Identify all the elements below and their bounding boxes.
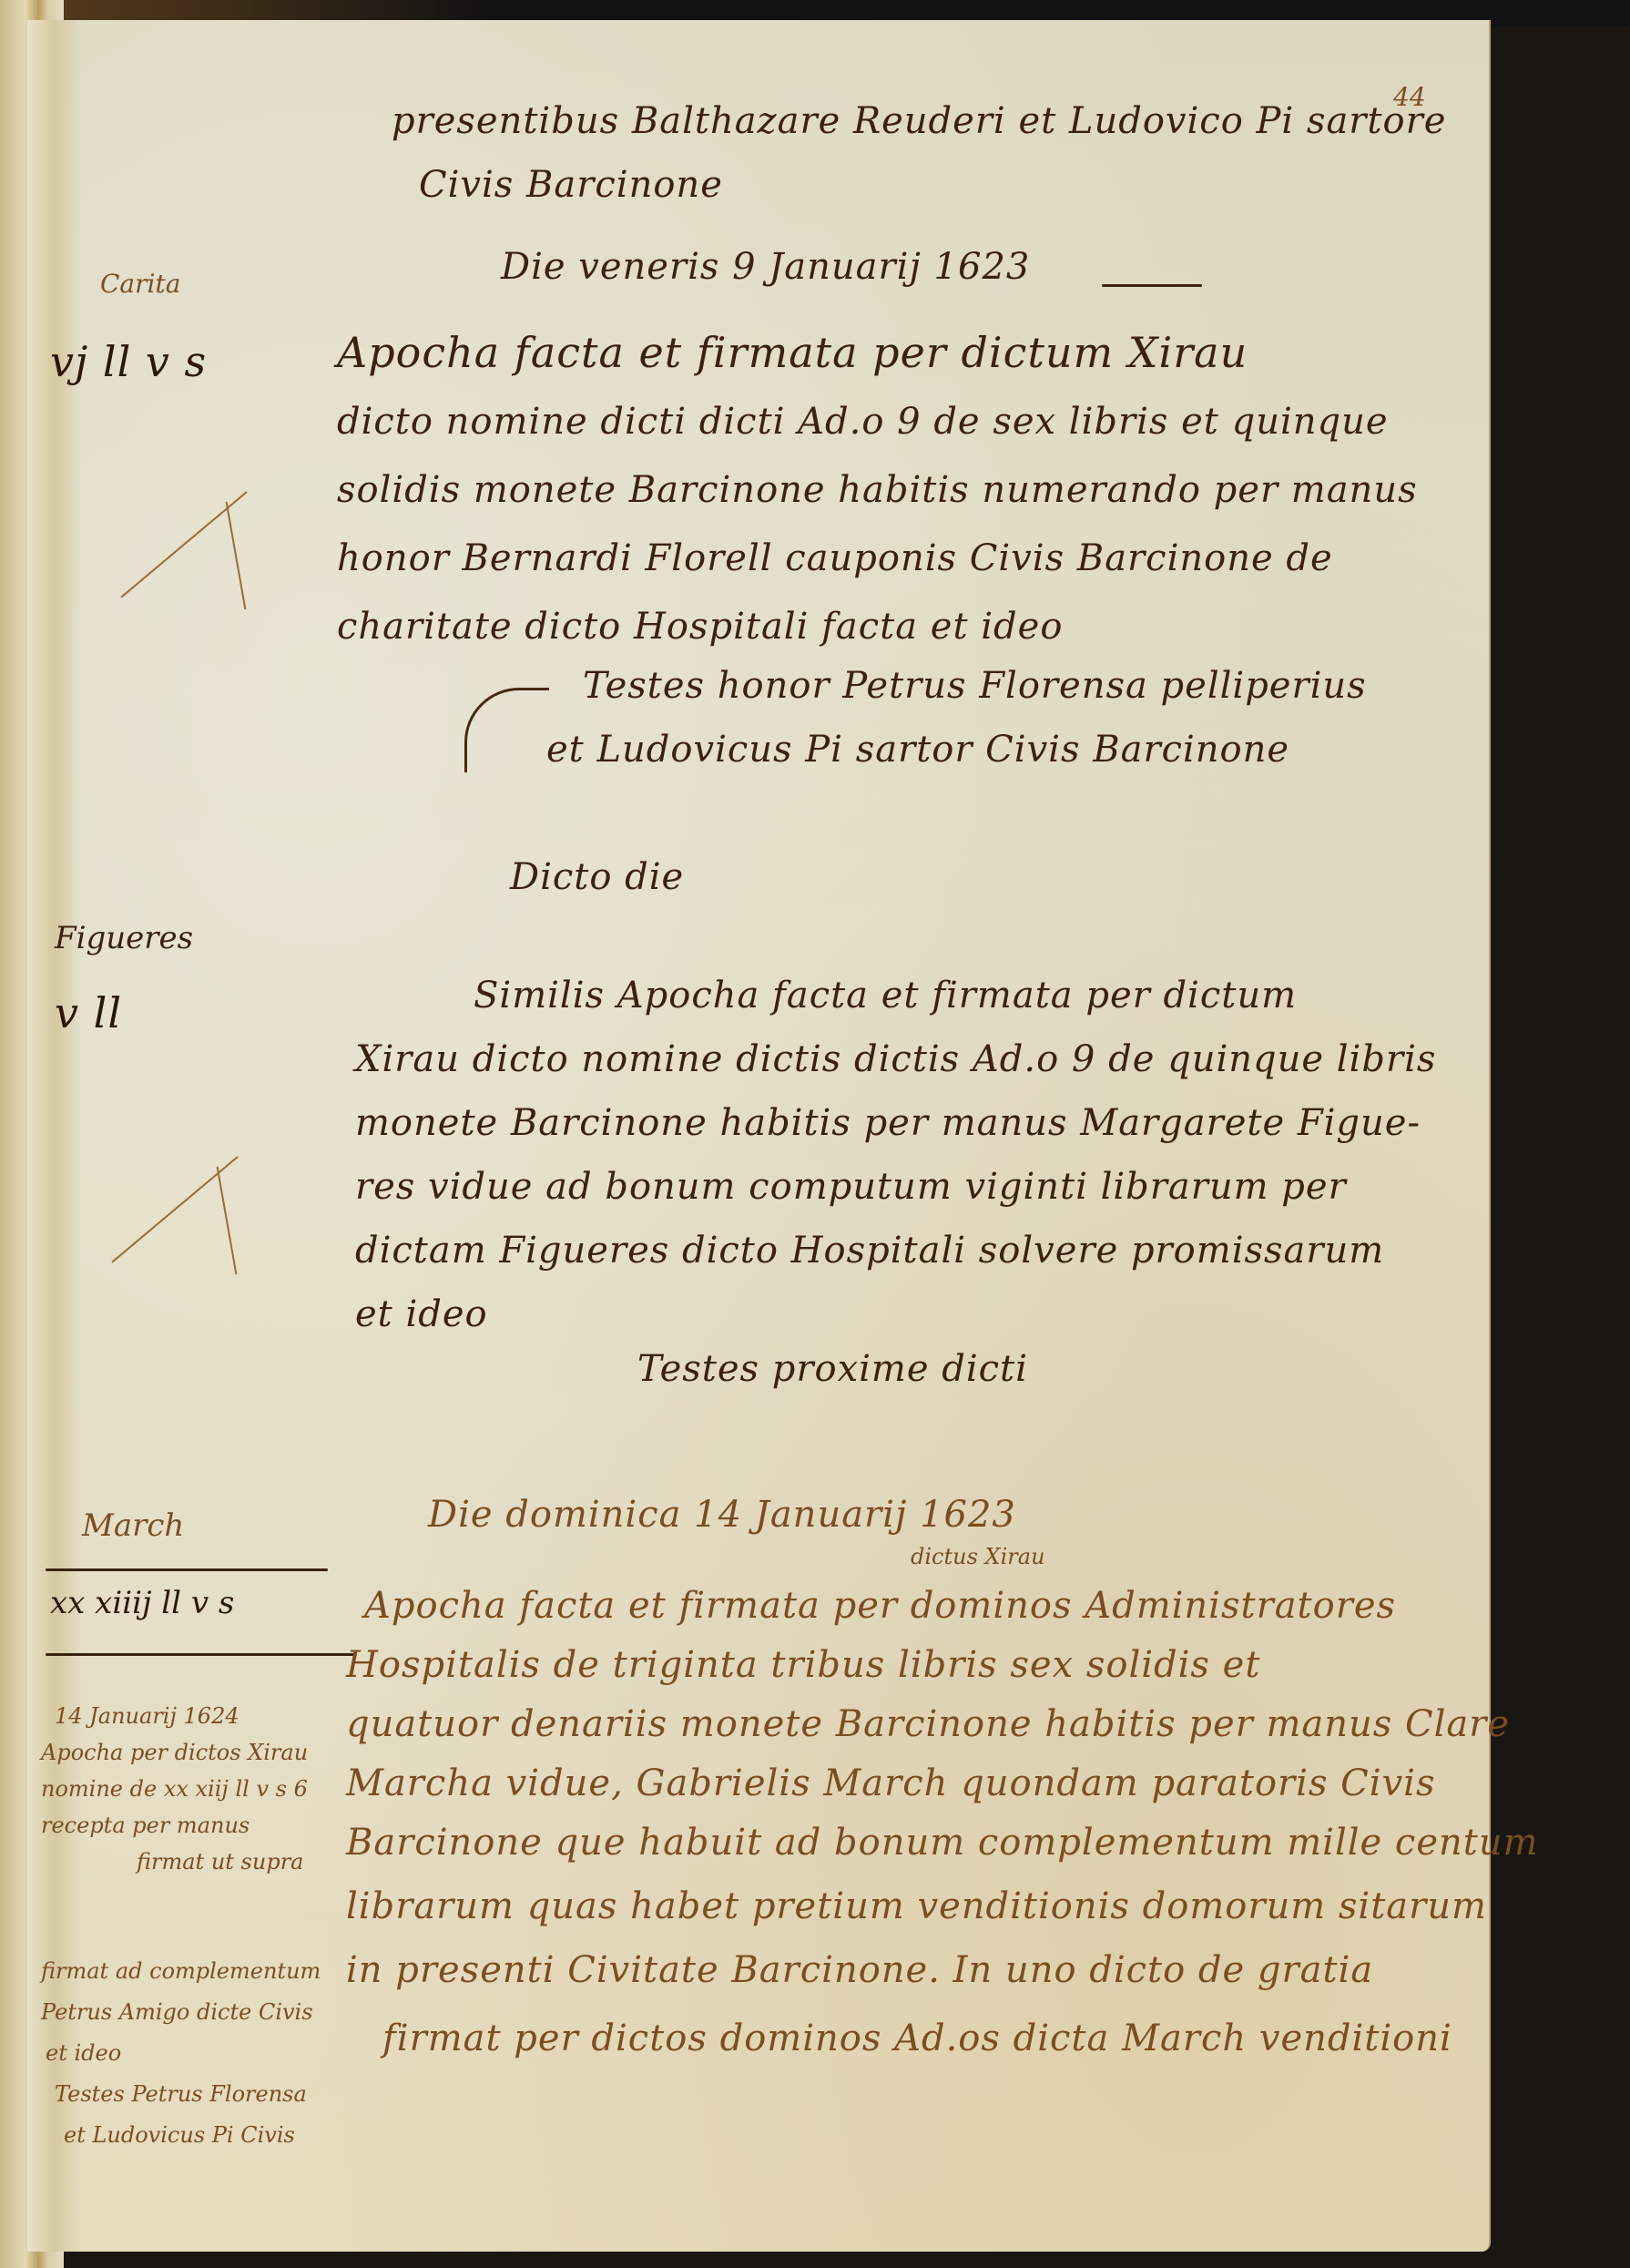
margin-note-line-10: et Ludovicus Pi Civis (64, 2122, 295, 2148)
margin-note-line-4: recepta per manus (41, 1813, 250, 1838)
entry-3-line-2: Hospitalis de triginta tribus libris sex… (346, 1644, 1260, 1686)
entry-3-margin-label: March (82, 1507, 184, 1544)
entry-2-line-1: Similis Apocha facta et firmata per dict… (474, 975, 1297, 1017)
entry-1-line-2: dicto nomine dicti dicti Ad.o 9 de sex l… (337, 401, 1389, 443)
cancellation-cross-mark (182, 1157, 291, 1321)
entry-3-interlinear-note: dictus Xirau (911, 1544, 1045, 1569)
cancellation-cross-mark (191, 492, 301, 656)
header-line-1: presentibus Balthazare Reuderi et Ludovi… (392, 100, 1446, 142)
entry-2-witnesses: Testes proxime dicti (637, 1348, 1028, 1390)
entry-1-margin-amount: vj ll v s (50, 337, 207, 386)
entry-3-line-1: Apocha facta et firmata per dominos Admi… (364, 1585, 1396, 1627)
entry-3-line-7: in presenti Civitate Barcinone. In uno d… (346, 1949, 1373, 1991)
entry-3-date: Die dominica 14 Januarij 1623 (428, 1494, 1016, 1536)
date-underline (1102, 284, 1202, 287)
entry-2-line-3: monete Barcinone habitis per manus Marga… (355, 1102, 1421, 1144)
margin-note-line-9: Testes Petrus Florensa (55, 2081, 307, 2107)
entry-3-line-5: Barcinone que habuit ad bonum complement… (346, 1822, 1539, 1864)
entry-3-margin-amount: xx xiiij ll v s (50, 1585, 234, 1621)
header-line-2: Civis Barcinone (419, 164, 723, 206)
entry-2-line-4: res vidue ad bonum computum viginti libr… (355, 1166, 1347, 1208)
entry-3-line-3: quatuor denariis monete Barcinone habiti… (346, 1703, 1510, 1745)
entry-1-line-5: charitate dicto Hospitali facta et ideo (337, 606, 1063, 648)
entry-1-line-1: Apocha facta et firmata per dictum Xirau (337, 328, 1248, 377)
margin-divider-rule (46, 1568, 328, 1571)
margin-note-line-6: firmat ad complementum (41, 1958, 321, 1984)
entry-3-line-6: librarum quas habet pretium venditionis … (346, 1885, 1487, 1927)
entry-2-margin-amount: v ll (55, 988, 122, 1037)
margin-note-line-1: 14 Januarij 1624 (55, 1703, 239, 1729)
entry-3-line-4: Marcha vidue, Gabrielis March quondam pa… (346, 1762, 1436, 1804)
entry-3-line-8: firmat per dictos dominos Ad.os dicta Ma… (382, 2018, 1452, 2059)
margin-note-line-5: firmat ut supra (137, 1849, 303, 1875)
entry-1-date: Die veneris 9 Januarij 1623 (501, 246, 1030, 288)
entry-1-witness-1: Testes honor Petrus Florensa pelliperius (583, 665, 1367, 707)
margin-note-line-3: nomine de xx xiij ll v s 6 (41, 1776, 308, 1802)
entry-2-margin-label: Figueres (55, 920, 193, 956)
entry-1-line-4: honor Bernardi Florell cauponis Civis Ba… (337, 537, 1333, 579)
margin-note-line-8: et ideo (46, 2040, 121, 2066)
margin-note-line-7: Petrus Amigo dicte Civis (41, 1999, 313, 2025)
margin-note-line-2: Apocha per dictos Xirau (41, 1740, 308, 1765)
entry-1-witness-2: et Ludovicus Pi sartor Civis Barcinone (546, 729, 1289, 771)
entry-1-line-3: solidis monete Barcinone habitis numeran… (337, 469, 1418, 511)
entry-2-line-5: dictam Figueres dicto Hospitali solvere … (355, 1230, 1384, 1272)
entry-2-line-2: Xirau dicto nomine dictis dictis Ad.o 9 … (355, 1038, 1436, 1080)
margin-divider-rule (46, 1653, 355, 1656)
entry-1-margin-label: Carita (100, 269, 180, 299)
entry-2-date: Dicto die (510, 856, 684, 898)
entry-2-line-6: et ideo (355, 1293, 488, 1335)
